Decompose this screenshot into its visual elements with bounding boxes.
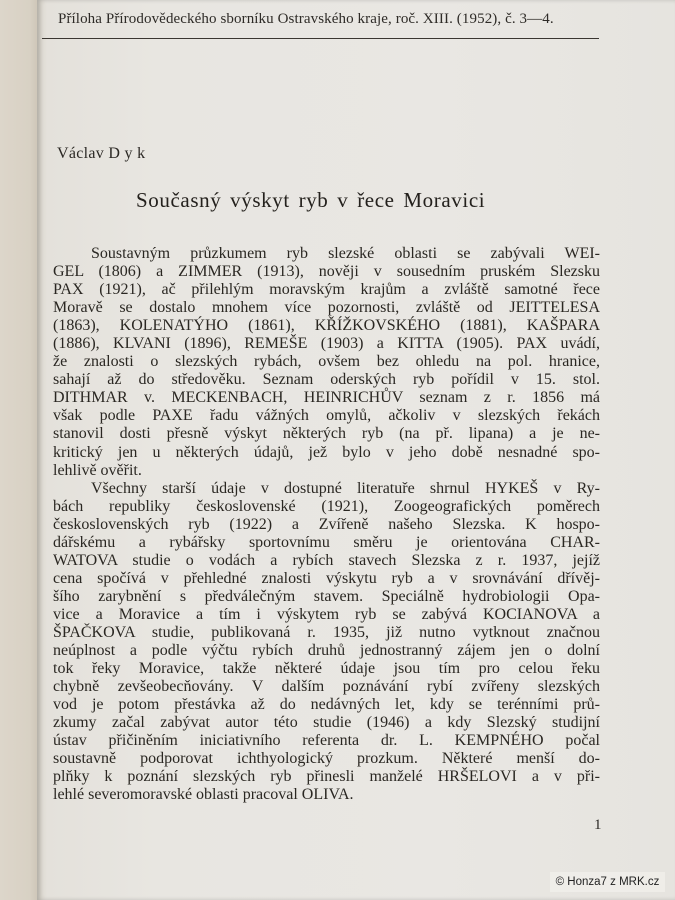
- article-title: Současný výskyt ryb v řece Moravici: [136, 188, 485, 213]
- text-line: tok řeky Moravice, takže některé údaje j…: [53, 660, 600, 678]
- text-line: šího zarybnění s předválečným stavem. Sp…: [53, 588, 600, 606]
- text-line: chybně zevšeobecňovány. V dalším poznává…: [53, 678, 600, 696]
- page-number: 1: [594, 817, 602, 834]
- text-line: lehlé severomoravské oblasti pracoval OL…: [53, 786, 600, 804]
- article-author: Václav D y k: [57, 145, 145, 163]
- article-body: Soustavným průzkumem ryb slezské oblasti…: [53, 245, 600, 804]
- text-line: plňky k poznání slezských ryb přinesli m…: [53, 768, 600, 786]
- text-line: vod je potom přestávka až do nedávných l…: [53, 696, 600, 714]
- text-line: lehlivě ověřit.: [53, 462, 600, 480]
- text-line: sahají až do středověku. Seznam oderskýc…: [53, 371, 600, 389]
- text-line: (1886), KLVANI (1896), REMEŠE (1903) a K…: [53, 335, 600, 353]
- text-line: bách republiky československé (1921), Zo…: [53, 498, 600, 516]
- text-line: stanovil dosti přesně výskyt některých r…: [53, 425, 600, 443]
- copyright-watermark: © Honza7 z MRK.cz: [550, 872, 665, 892]
- text-line: československých ryb (1922) a Zvířeně na…: [53, 516, 600, 534]
- text-line: PAX (1921), ač přilehlým moravským krajů…: [53, 281, 600, 299]
- text-line: že znalosti o slezských rybách, ovšem be…: [53, 353, 600, 371]
- text-line: Moravě se dostalo mnohem více pozornosti…: [53, 299, 600, 317]
- text-line: (1863), KOLENATÝHO (1861), KŘÍŽKOVSKÉHO …: [53, 317, 600, 335]
- text-line: neúplnost a podle výčtu rybích druhů jed…: [53, 642, 600, 660]
- text-line: dářskému a rybářsky sportovnímu směru je…: [53, 534, 600, 552]
- text-line: WATOVA studie o vodách a rybích stavech …: [53, 552, 600, 570]
- text-line: kritický jen u některých údajů, jež bylo…: [53, 444, 600, 462]
- text-line: Soustavným průzkumem ryb slezské oblasti…: [53, 245, 600, 263]
- header-rule: [42, 38, 599, 39]
- text-line: však podle PAXE řadu vážných omylů, ačko…: [53, 407, 600, 425]
- text-line: ústav přičiněním iniciativního referenta…: [53, 732, 600, 750]
- text-line: zkumy začal zabývat autor této studie (1…: [53, 714, 600, 732]
- previous-page-edge: [0, 0, 37, 900]
- text-line: soustavně podporovat ichthyologický proz…: [53, 750, 600, 768]
- text-line: cena spočívá v přehledné znalosti výskyt…: [53, 570, 600, 588]
- text-line: ŠPAČKOVA studie, publikovaná r. 1935, ji…: [53, 624, 600, 642]
- text-line: DITHMAR v. MECKENBACH, HEINRICHŮV seznam…: [53, 389, 600, 407]
- text-line: Všechny starší údaje v dostupné literatu…: [53, 480, 600, 498]
- running-head: Příloha Přírodovědeckého sborníku Ostrav…: [58, 11, 554, 28]
- text-line: GEL (1806) a ZIMMER (1913), nověji v sou…: [53, 263, 600, 281]
- text-line: vice a Moravice a tím i výskytem ryb se …: [53, 606, 600, 624]
